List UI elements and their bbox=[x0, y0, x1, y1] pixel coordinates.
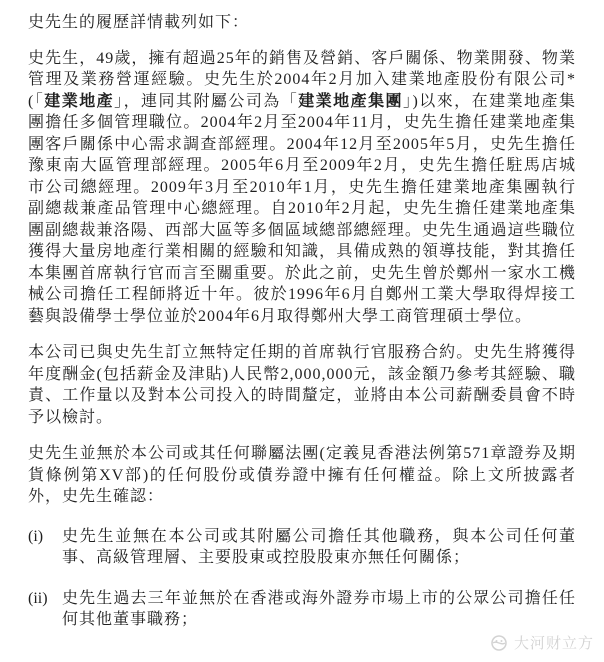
watermark: 大河财立方 bbox=[489, 633, 594, 655]
text-run: 」)以來，在建業地產集團擔任多個管理職位。2004年2月至2004年11月，史先… bbox=[28, 93, 576, 325]
confirmation-text-1: 史先生並無在本公司或其附屬公司擔任其他職務，與本公司任何董事、高級管理層、主要股… bbox=[62, 526, 576, 569]
remuneration-paragraph: 本公司已與史先生訂立無特定任期的首席執行官服務合約。史先生將獲得年度酬金(包括薪… bbox=[28, 342, 576, 428]
document-page: 史先生的履歷詳情載列如下： 史先生，49歲，擁有超過25年的銷售及營銷、客戶關係… bbox=[0, 0, 604, 662]
list-marker-i: (i) bbox=[28, 526, 62, 569]
bold-text-run: 建業地產集團 bbox=[298, 93, 403, 110]
interests-paragraph: 史先生並無於本公司或其任何聯屬法團(定義見香港法例第571章證券及期貨條例第XV… bbox=[28, 443, 576, 508]
intro-line: 史先生的履歷詳情載列如下： bbox=[28, 12, 576, 34]
confirmation-text-2: 史先生過去三年並無於在香港或海外證券市場上市的公眾公司擔任任何其他董事職務； bbox=[62, 588, 576, 631]
biography-paragraph: 史先生，49歲，擁有超過25年的銷售及營銷、客戶關係、物業開發、物業管理及業務營… bbox=[28, 48, 576, 328]
list-marker-ii: (ii) bbox=[28, 588, 62, 631]
bold-text-run: 建業地產 bbox=[44, 93, 114, 110]
text-run: 」，連同其附屬公司為「 bbox=[114, 93, 298, 110]
confirmation-item-1: (i) 史先生並無在本公司或其附屬公司擔任其他職務，與本公司任何董事、高級管理層… bbox=[28, 526, 576, 569]
dahe-caifang-logo-icon bbox=[489, 634, 509, 652]
text-run: 史先生並無於本公司或其任何聯屬法團(定義見香港法例第571章證券及期貨條例第XV… bbox=[28, 445, 576, 505]
text-run: 本公司已與史先生訂立無特定任期的首席執行官服務合約。史先生將獲得年度酬金(包括薪… bbox=[28, 344, 576, 426]
confirmation-item-2: (ii) 史先生過去三年並無於在香港或海外證券市場上市的公眾公司擔任任何其他董事… bbox=[28, 588, 576, 631]
watermark-text: 大河财立方 bbox=[514, 633, 594, 655]
